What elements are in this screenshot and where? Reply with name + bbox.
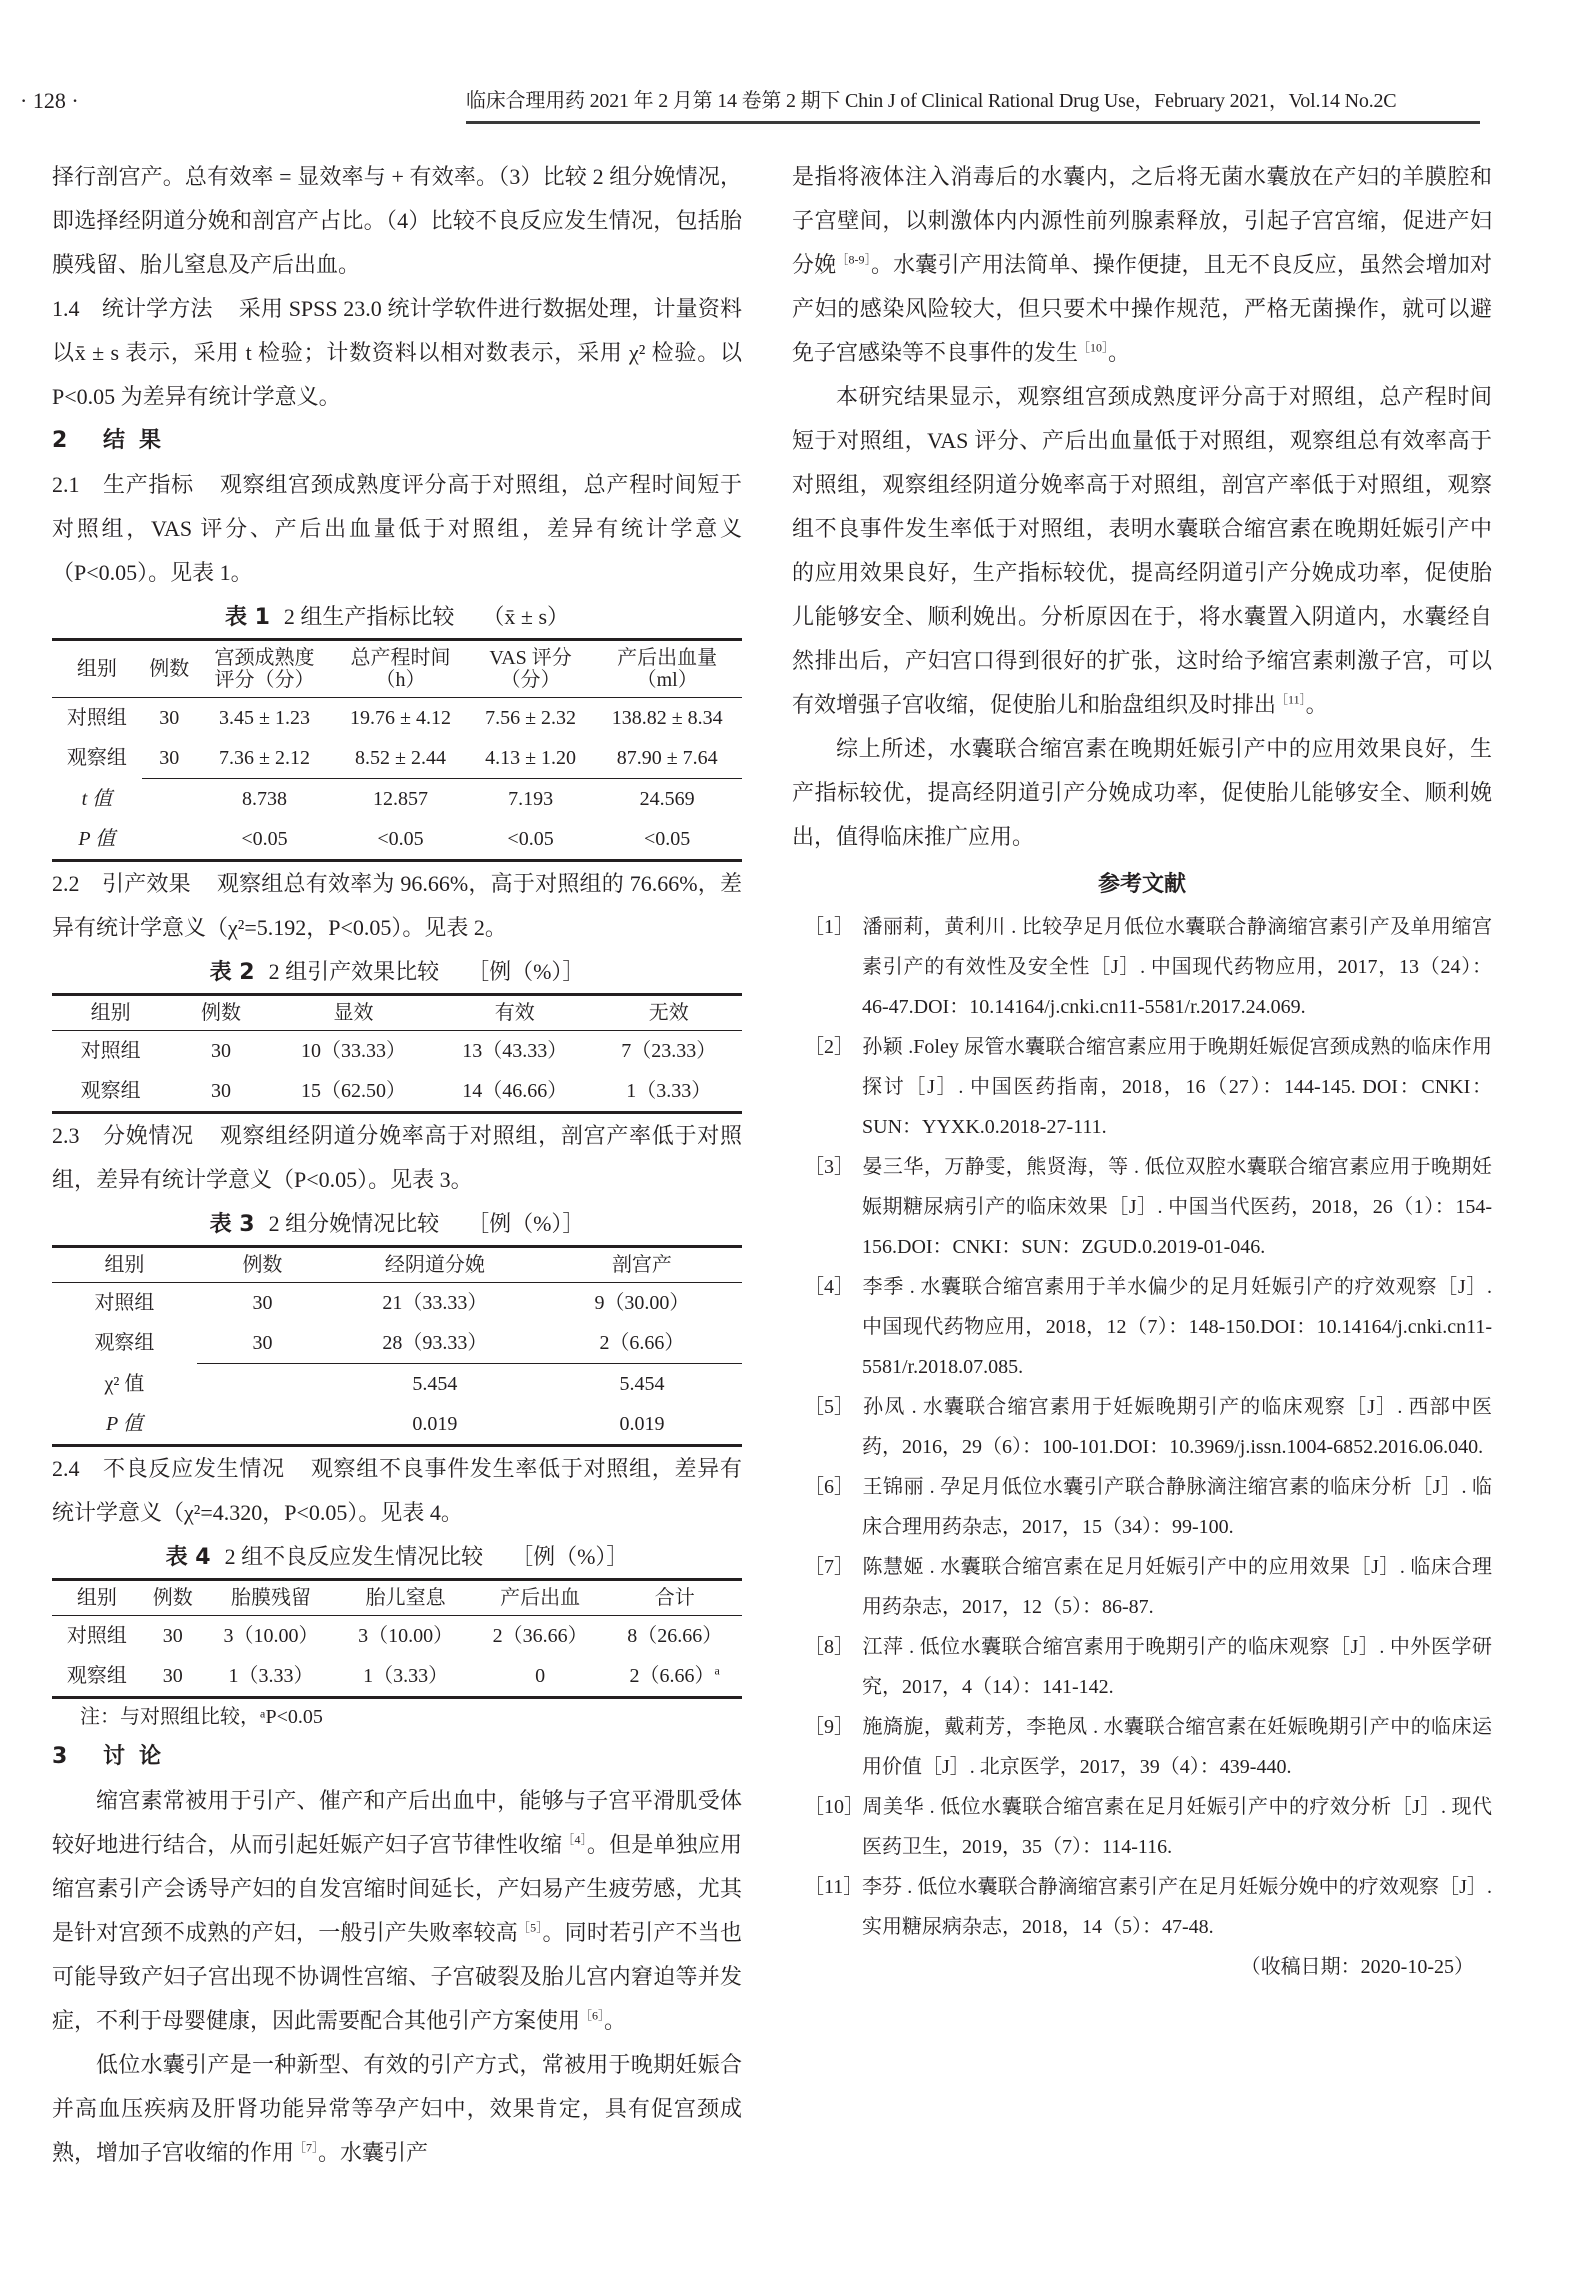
table-2-label: 表 2 [210, 960, 255, 985]
reference-list: ［1］潘丽莉，黄利川 . 比较孕足月低位水囊联合静滴缩宫素引产及单用缩宫素引产的… [792, 907, 1492, 1947]
reference-item: ［2］孙颖 .Foley 尿管水囊联合缩宫素应用于晚期妊娠促宫颈成熟的临床作用探… [792, 1027, 1492, 1147]
cell: χ² 值 [52, 1364, 197, 1405]
section-2-4-heading: 2.4 不良反应发生情况 [52, 1456, 285, 1481]
cell: 1（3.33） [595, 1071, 742, 1113]
references-title: 参考文献 [792, 863, 1492, 907]
cell: 观察组 [52, 1323, 197, 1364]
section-1-4-heading: 1.4 统计学方法 [52, 296, 213, 321]
cell: 19.76 ± 4.12 [332, 698, 469, 739]
table-header-row: 组别 例数 经阴道分娩 剖宫产 [52, 1247, 742, 1283]
cell: 2（6.66）a [607, 1656, 742, 1698]
cell [142, 779, 197, 820]
col-header: 例数 [142, 1580, 204, 1616]
cell: 1（3.33） [204, 1656, 339, 1698]
cell: 12.857 [332, 779, 469, 820]
cell: 138.82 ± 8.34 [592, 698, 742, 739]
cell [197, 1364, 328, 1405]
section-2-2: 2.2 引产效果观察组总有效率为 96.66%，高于对照组的 76.66%，差异… [52, 862, 742, 950]
col-header: 显效 [273, 995, 434, 1031]
table-header-row: 组别 例数 宫颈成熟度评分（分） 总产程时间（h） VAS 评分（分） 产后出血… [52, 640, 742, 698]
cell: 14（46.66） [434, 1071, 595, 1113]
cell: 7.36 ± 2.12 [197, 738, 332, 779]
cell: 30 [197, 1283, 328, 1324]
table-row: 观察组 30 7.36 ± 2.12 8.52 ± 2.44 4.13 ± 1.… [52, 738, 742, 779]
table-3-label: 表 3 [210, 1212, 255, 1237]
cell: 3.45 ± 1.23 [197, 698, 332, 739]
cell: 30 [142, 1616, 204, 1657]
conclusion-paragraph: 综上所述，水囊联合缩宫素在晚期妊娠引产中的应用效果良好，生产指标较优，提高经阴道… [792, 727, 1492, 859]
cell: 30 [142, 1656, 204, 1698]
cell: 对照组 [52, 1031, 169, 1072]
table-4-title: 2 组不良反应发生情况比较 [225, 1544, 484, 1569]
col-header: 宫颈成熟度评分（分） [197, 640, 332, 698]
table-row: 对照组 30 10（33.33） 13（43.33） 7（23.33） [52, 1031, 742, 1072]
cell [197, 1404, 328, 1446]
section-2-2-heading: 2.2 引产效果 [52, 871, 191, 896]
table-4-caption: 表 42 组不良反应发生情况比较［例（%）］ [52, 1537, 742, 1578]
reference-item: ［11］李芬 . 低位水囊联合静滴缩宫素引产在足月妊娠分娩中的疗效观察［J］. … [792, 1867, 1492, 1947]
running-header: 临床合理用药 2021 年 2 月第 14 卷第 2 期下 Chin J of … [466, 84, 1480, 124]
section-2-1: 2.1 生产指标观察组宫颈成熟度评分高于对照组，总产程时间短于对照组，VAS 评… [52, 463, 742, 595]
citation[interactable]: ［10］ [1078, 341, 1108, 355]
cell: 28（93.33） [328, 1323, 542, 1364]
section-2-title: 2 结果 [52, 419, 742, 463]
col-header: 总产程时间（h） [332, 640, 469, 698]
reference-item: ［8］江萍 . 低位水囊联合缩宫素用于晚期引产的临床观察［J］. 中外医学研究，… [792, 1627, 1492, 1707]
table-row: 观察组 30 28（93.33） 2（6.66） [52, 1323, 742, 1364]
citation[interactable]: ［11］ [1276, 693, 1306, 707]
cell: <0.05 [197, 819, 332, 861]
table-4: 组别 例数 胎膜残留 胎儿窒息 产后出血 合计 对照组 30 3（10.00） … [52, 1578, 742, 1699]
discussion-paragraph-3: 本研究结果显示，观察组宫颈成熟度评分高于对照组，总产程时间短于对照组，VAS 评… [792, 375, 1492, 727]
section-3-title: 3 讨论 [52, 1735, 742, 1779]
col-header: 产后出血 [473, 1580, 608, 1616]
received-date: （收稿日期：2020-10-25） [792, 1947, 1492, 1987]
cell: 观察组 [52, 1071, 169, 1113]
section-2-3: 2.3 分娩情况观察组经阴道分娩率高于对照组，剖宫产率低于对照组，差异有统计学意… [52, 1114, 742, 1202]
section-1-4: 1.4 统计学方法采用 SPSS 23.0 统计学软件进行数据处理，计量资料以x… [52, 287, 742, 419]
cell: 8.52 ± 2.44 [332, 738, 469, 779]
col-header: 组别 [52, 640, 142, 698]
table-3-caption: 表 32 组分娩情况比较［例（%）］ [52, 1204, 742, 1245]
col-header: 剖宫产 [542, 1247, 742, 1283]
col-header: 无效 [595, 995, 742, 1031]
reference-item: ［7］陈慧姬 . 水囊联合缩宫素在足月妊娠引产中的应用效果［J］. 临床合理用药… [792, 1547, 1492, 1627]
section-2-1-heading: 2.1 生产指标 [52, 472, 194, 497]
table-row: 对照组 30 3（10.00） 3（10.00） 2（36.66） 8（26.6… [52, 1616, 742, 1657]
cell: 8.738 [197, 779, 332, 820]
discussion-paragraph-1: 缩宫素常被用于引产、催产和产后出血中，能够与子宫平滑肌受体较好地进行结合，从而引… [52, 1779, 742, 2043]
table-1: 组别 例数 宫颈成熟度评分（分） 总产程时间（h） VAS 评分（分） 产后出血… [52, 638, 742, 862]
table-header-row: 组别 例数 胎膜残留 胎儿窒息 产后出血 合计 [52, 1580, 742, 1616]
cell: 5.454 [542, 1364, 742, 1405]
cell: 观察组 [52, 738, 142, 779]
cell: 30 [142, 738, 197, 779]
reference-item: ［3］晏三华，万静雯，熊贤海，等 . 低位双腔水囊联合缩宫素应用于晚期妊娠期糖尿… [792, 1147, 1492, 1267]
cell: 30 [142, 698, 197, 739]
t-value-row: t 值 8.738 12.857 7.193 24.569 [52, 779, 742, 820]
col-header: 合计 [607, 1580, 742, 1616]
table-1-unit: （x̄ ± s） [482, 604, 569, 629]
chi-square-row: χ² 值 5.454 5.454 [52, 1364, 742, 1405]
cell: 3（10.00） [204, 1616, 339, 1657]
p-value-row: P 值 <0.05 <0.05 <0.05 <0.05 [52, 819, 742, 861]
section-2-3-heading: 2.3 分娩情况 [52, 1123, 194, 1148]
cell: <0.05 [332, 819, 469, 861]
reference-item: ［6］王锦丽 . 孕足月低位水囊引产联合静脉滴注缩宫素的临床分析［J］. 临床合… [792, 1467, 1492, 1547]
col-header: 例数 [169, 995, 273, 1031]
p-value-row: P 值 0.019 0.019 [52, 1404, 742, 1446]
col-header: 例数 [197, 1247, 328, 1283]
discussion-paragraph-2-cont: 是指将液体注入消毒后的水囊内，之后将无菌水囊放在产妇的羊膜腔和子宫壁间，以刺激体… [792, 155, 1492, 375]
table-4-unit: ［例（%）］ [511, 1544, 628, 1569]
cell: 2（6.66） [542, 1323, 742, 1364]
left-column: 择行剖宫产。总有效率 = 显效率与 + 有效率。（3）比较 2 组分娩情况，即选… [52, 155, 742, 2175]
cell: 7.56 ± 2.32 [469, 698, 593, 739]
cell: 13（43.33） [434, 1031, 595, 1072]
cell: 8（26.66） [607, 1616, 742, 1657]
col-header: VAS 评分（分） [469, 640, 593, 698]
table-1-title: 2 组生产指标比较 [284, 604, 455, 629]
reference-item: ［1］潘丽莉，黄利川 . 比较孕足月低位水囊联合静滴缩宫素引产及单用缩宫素引产的… [792, 907, 1492, 1027]
cell: 对照组 [52, 1283, 197, 1324]
cell: 2（36.66） [473, 1616, 608, 1657]
table-4-note: 注：与对照组比较，ᵃP<0.05 [52, 1699, 742, 1735]
col-header: 组别 [52, 995, 169, 1031]
table-4-label: 表 4 [166, 1545, 211, 1570]
cell: P 值 [52, 1404, 197, 1446]
citation[interactable]: ［7］ [294, 2141, 318, 2155]
citation[interactable]: ［6］ [580, 2009, 604, 2023]
col-header: 例数 [142, 640, 197, 698]
table-1-caption: 表 12 组生产指标比较（x̄ ± s） [52, 597, 742, 638]
cell: 30 [169, 1071, 273, 1113]
table-row: 对照组 30 21（33.33） 9（30.00） [52, 1283, 742, 1324]
col-header: 有效 [434, 995, 595, 1031]
cell: 5.454 [328, 1364, 542, 1405]
cell: 观察组 [52, 1656, 142, 1698]
citation[interactable]: ［8-9］ [836, 253, 871, 267]
cell: 对照组 [52, 1616, 142, 1657]
col-header: 产后出血量（ml） [592, 640, 742, 698]
table-row: 观察组 30 15（62.50） 14（46.66） 1（3.33） [52, 1071, 742, 1113]
cell: 0 [473, 1656, 608, 1698]
cell: 30 [169, 1031, 273, 1072]
cell: 9（30.00） [542, 1283, 742, 1324]
citation[interactable]: ［5］ [518, 1921, 543, 1935]
table-2-unit: ［例（%）］ [467, 959, 584, 984]
cell: <0.05 [469, 819, 593, 861]
cell: t 值 [52, 779, 142, 820]
col-header: 经阴道分娩 [328, 1247, 542, 1283]
cell: 4.13 ± 1.20 [469, 738, 593, 779]
section-2-4: 2.4 不良反应发生情况观察组不良事件发生率低于对照组，差异有统计学意义（χ²=… [52, 1447, 742, 1535]
cell: 10（33.33） [273, 1031, 434, 1072]
table-2: 组别 例数 显效 有效 无效 对照组 30 10（33.33） 13（43.33… [52, 993, 742, 1114]
cell: 0.019 [328, 1404, 542, 1446]
cell: 15（62.50） [273, 1071, 434, 1113]
cell: P 值 [52, 819, 142, 861]
col-header: 胎膜残留 [204, 1580, 339, 1616]
cell: 7.193 [469, 779, 593, 820]
reference-item: ［9］施旖旎，戴莉芳，李艳凤 . 水囊联合缩宫素在妊娠晚期引产中的临床运用价值［… [792, 1707, 1492, 1787]
cell [142, 819, 197, 861]
discussion-paragraph-2: 低位水囊引产是一种新型、有效的引产方式，常被用于晚期妊娠合并高血压疾病及肝肾功能… [52, 2043, 742, 2175]
table-2-caption: 表 22 组引产效果比较［例（%）］ [52, 952, 742, 993]
page-number: · 128 · [20, 88, 79, 114]
table-2-title: 2 组引产效果比较 [269, 959, 440, 984]
methods-paragraph: 择行剖宫产。总有效率 = 显效率与 + 有效率。（3）比较 2 组分娩情况，即选… [52, 155, 742, 287]
cell: 3（10.00） [338, 1616, 473, 1657]
table-3: 组别 例数 经阴道分娩 剖宫产 对照组 30 21（33.33） 9（30.00… [52, 1245, 742, 1447]
col-header: 胎儿窒息 [338, 1580, 473, 1616]
col-header: 组别 [52, 1247, 197, 1283]
table-3-unit: ［例（%）］ [467, 1211, 584, 1236]
reference-item: ［5］孙凤 . 水囊联合缩宫素用于妊娠晚期引产的临床观察［J］. 西部中医药，2… [792, 1387, 1492, 1467]
col-header: 组别 [52, 1580, 142, 1616]
cell: 21（33.33） [328, 1283, 542, 1324]
cell: 对照组 [52, 698, 142, 739]
reference-item: ［10］周美华 . 低位水囊联合缩宫素在足月妊娠引产中的疗效分析［J］. 现代医… [792, 1787, 1492, 1867]
cell: 7（23.33） [595, 1031, 742, 1072]
cell: 0.019 [542, 1404, 742, 1446]
cell: <0.05 [592, 819, 742, 861]
cell: 24.569 [592, 779, 742, 820]
table-row: 观察组 30 1（3.33） 1（3.33） 0 2（6.66）a [52, 1656, 742, 1698]
table-3-title: 2 组分娩情况比较 [269, 1211, 440, 1236]
table-header-row: 组别 例数 显效 有效 无效 [52, 995, 742, 1031]
cell: 30 [197, 1323, 328, 1364]
table-row: 对照组 30 3.45 ± 1.23 19.76 ± 4.12 7.56 ± 2… [52, 698, 742, 739]
cell: 87.90 ± 7.64 [592, 738, 742, 779]
significance-mark: a [715, 1663, 720, 1677]
right-column: 是指将液体注入消毒后的水囊内，之后将无菌水囊放在产妇的羊膜腔和子宫壁间，以刺激体… [792, 155, 1492, 1987]
cell: 1（3.33） [338, 1656, 473, 1698]
table-1-label: 表 1 [225, 605, 270, 630]
citation[interactable]: ［4］ [562, 1833, 587, 1847]
reference-item: ［4］李季 . 水囊联合缩宫素用于羊水偏少的足月妊娠引产的疗效观察［J］. 中国… [792, 1267, 1492, 1387]
